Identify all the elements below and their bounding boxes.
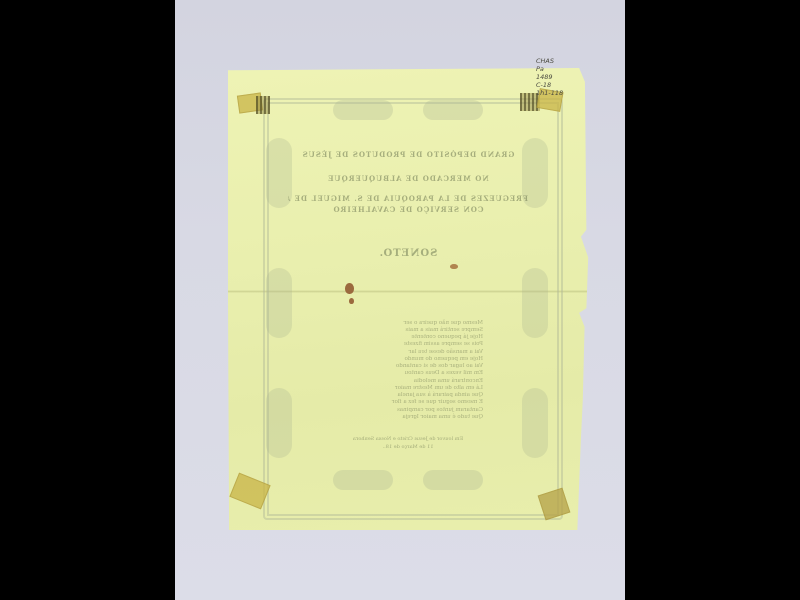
pencil-annotation: CHAS Pa 1489 C-18 1h1-118	[536, 57, 596, 97]
poem-line: E mesmo seguir que se fez a flor	[353, 399, 483, 405]
poem-line: Vai ao lugar dos de si cantando	[353, 363, 483, 369]
brown-stain-small	[349, 298, 354, 304]
annotation-line: Pa	[536, 65, 596, 73]
poem-line: Lá em alto de um Mestre maior	[353, 385, 483, 391]
tape-residue-top-left	[256, 96, 270, 114]
ornament-bottom-left	[333, 470, 393, 490]
show-through-heading-2: NO MERCADO DE ALBUQUERQUE	[288, 174, 528, 183]
annotation-line: 1489	[536, 73, 596, 81]
annotation-line: 1h1-118	[536, 89, 596, 97]
annotation-line: CHAS	[536, 57, 596, 65]
poem-line: Sempre sentirá mais a mais	[353, 327, 483, 333]
poem-line: Hoje em pequeno do mundo	[353, 356, 483, 362]
show-through-footer-2: 11 de Março de 18..	[288, 444, 528, 450]
poem-line: Em mil vezes a Deus cantou	[353, 370, 483, 376]
ornament-top-left	[333, 100, 393, 120]
poem-line: Mesmo que não queira o ser	[353, 320, 483, 326]
poem-line: Que ainda pairará à sua janela	[353, 392, 483, 398]
show-through-heading-4: CON SERVIÇO DE CAVALHEIRO	[288, 205, 528, 214]
ornamental-border	[263, 98, 563, 520]
document-sheet: GRAND DEPÓSITO DE PRODUTOS DE JÉSUS NO M…	[228, 68, 590, 530]
annotation-line: C-18	[536, 81, 596, 89]
ornament-left-2	[266, 268, 292, 338]
brown-stain	[345, 283, 354, 294]
photo-frame: GRAND DEPÓSITO DE PRODUTOS DE JÉSUS NO M…	[175, 0, 625, 600]
poem-line: Pois se sempre assim fizeste	[353, 341, 483, 347]
show-through-heading-3: FREGUEZES DE LA PAROQUIA DE S. MIGUEL DE…	[288, 194, 528, 203]
ornament-top-right	[423, 100, 483, 120]
brown-mark	[450, 264, 458, 269]
poem-line: Que tudo é uma maior Igreja	[353, 414, 483, 420]
show-through-title: SONETO.	[288, 248, 528, 259]
poem-line: Vai a mansão desse teu lar	[353, 349, 483, 355]
poem-line: Cantaram juntos por campinas	[353, 407, 483, 413]
ornament-right-2	[522, 268, 548, 338]
ornament-bottom-right	[423, 470, 483, 490]
show-through-heading-1: GRAND DEPÓSITO DE PRODUTOS DE JÉSUS	[288, 150, 528, 159]
poem-line: Hoje já pequeno contente	[353, 334, 483, 340]
poem-line: Encontrará uma melodia	[353, 378, 483, 384]
show-through-footer-1: Em louvor de Jesus Cristo e Nossa Senhor…	[288, 436, 528, 442]
